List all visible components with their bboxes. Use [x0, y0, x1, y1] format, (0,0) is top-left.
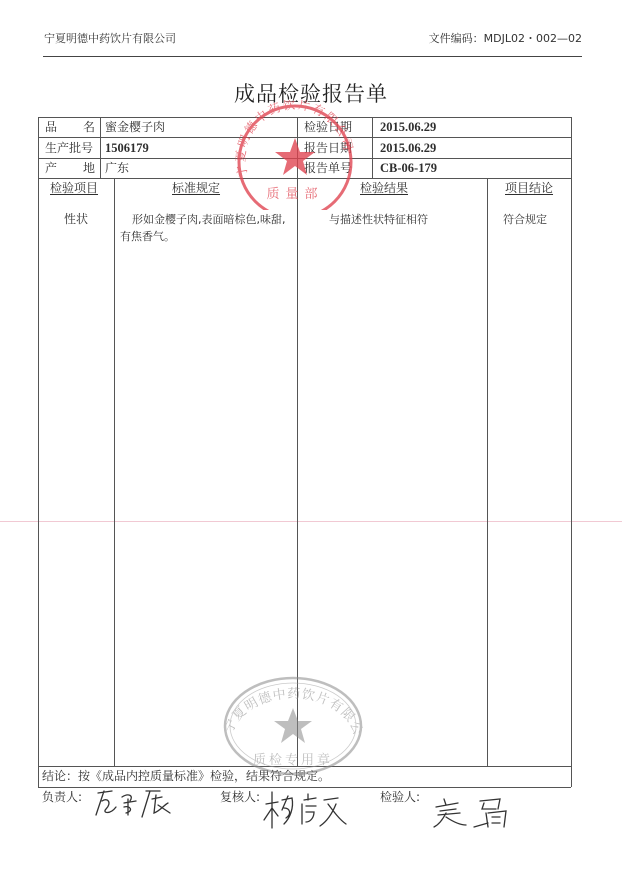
company-name: 宁夏明德中药饮片有限公司 [44, 30, 176, 46]
responsible-label: 负责人: [42, 790, 82, 804]
row-standard-line2: 有焦香气。 [120, 230, 175, 244]
report-date-value: 2015.06.29 [380, 141, 436, 155]
row-result: 与描述性状特征相符 [329, 213, 428, 227]
table-border-right [571, 117, 572, 787]
col-divider [114, 178, 115, 766]
origin-value: 广东 [105, 161, 129, 175]
inspection-seal-stamp: 宁夏明德中药饮片有限公司 质检专用章 [218, 672, 368, 782]
product-name-value: 蜜金樱子肉 [105, 120, 165, 134]
column-header-conclusion: 项目结论 [505, 181, 553, 195]
col-divider [100, 117, 101, 178]
reviewer-label: 复核人: [220, 790, 260, 804]
batch-label: 生产批号 [45, 141, 93, 155]
file-code-label: 文件编码： [429, 32, 484, 45]
responsible-signature [90, 785, 180, 825]
reviewer-signature [262, 790, 352, 832]
header-divider [43, 56, 582, 57]
inspector-signature [430, 795, 520, 835]
file-code: 文件编码：MDJL02・002—02 [429, 30, 582, 46]
file-code-value: MDJL02・002—02 [484, 32, 582, 45]
scan-artifact-line [0, 521, 622, 522]
batch-value: 1506179 [105, 141, 149, 155]
column-header-item: 检验项目 [50, 181, 98, 195]
seal-dept-text: 质检专用章 [253, 752, 333, 768]
stamp-dept-text: 质量部 [266, 187, 323, 202]
quality-dept-stamp: 宁夏明德中药饮片有限公司 质量部 [230, 100, 360, 210]
product-name-label: 品名 [45, 120, 95, 134]
row-item: 性状 [64, 212, 88, 226]
report-no-value: CB-06-179 [380, 161, 437, 175]
col-divider [487, 178, 488, 766]
col-divider [372, 117, 373, 178]
inspect-date-value: 2015.06.29 [380, 120, 436, 134]
column-header-standard: 标准规定 [172, 181, 220, 195]
inspector-label: 检验人: [380, 790, 420, 804]
col-divider [297, 117, 298, 766]
table-border-left [38, 117, 39, 787]
row-conclusion: 符合规定 [503, 213, 547, 227]
column-header-result: 检验结果 [360, 181, 408, 195]
origin-label: 产地 [45, 161, 95, 175]
row-standard-line1: 形如金樱子肉,表面暗棕色,味甜, [132, 213, 286, 227]
